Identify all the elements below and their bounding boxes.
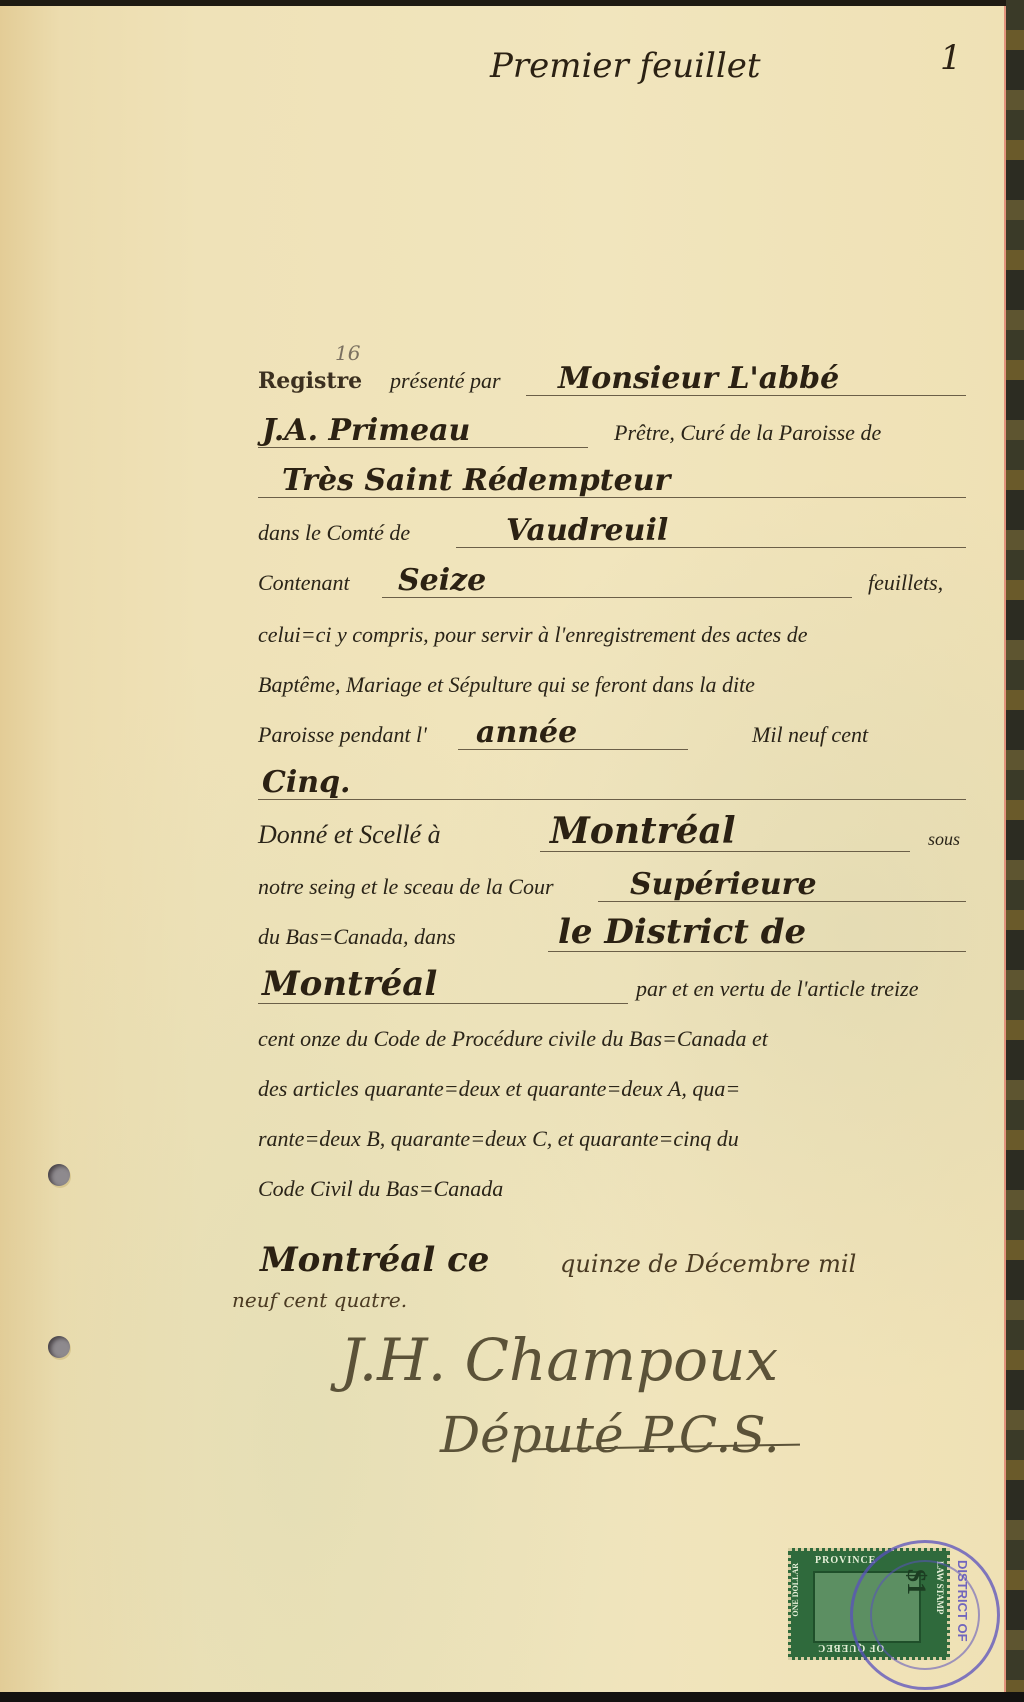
form-line-district-name: Montréal par et en vertu de l'article tr…: [258, 964, 968, 1008]
registre-heading: Registre: [258, 368, 362, 394]
printed-text: Baptême, Mariage et Sépulture qui se fer…: [258, 672, 755, 698]
year-value-field: Cinq.: [262, 765, 351, 800]
printed-label: notre seing et le sceau de la Cour: [258, 874, 554, 900]
parish-field: Très Saint Rédempteur: [282, 463, 670, 498]
stamp-left-text: ONE DOLLAR: [791, 1563, 800, 1617]
court-field: Supérieure: [630, 867, 817, 902]
priest-name-field: J.A. Primeau: [262, 413, 470, 448]
closing-date-line-2: neuf cent quatre.: [232, 1278, 942, 1318]
printed-text: Code Civil du Bas=Canada: [258, 1176, 503, 1202]
printed-text: des articles quarante=deux et quarante=d…: [258, 1076, 740, 1102]
form-line-leaf-count: Contenant Seize feuillets,: [258, 558, 968, 602]
district-field: le District de: [558, 912, 806, 952]
register-page: Premier feuillet 1 16 Registre présenté …: [0, 6, 1006, 1692]
page-number: 1: [940, 38, 962, 78]
form-line-text: cent onze du Code de Procédure civile du…: [258, 1014, 968, 1058]
presenter-field: Monsieur L'abbé: [558, 361, 839, 396]
year-word-field: année: [476, 715, 577, 750]
punch-hole-icon: [48, 1164, 70, 1186]
signature-name: J.H. Champoux: [340, 1326, 778, 1394]
printed-label: Paroisse pendant l': [258, 722, 427, 748]
form-line-given-at: Donné et Scellé à Montréal sous: [258, 812, 968, 856]
page-header-title: Premier feuillet: [490, 46, 761, 86]
printed-label: sous: [928, 829, 960, 850]
closing-place: Montréal ce: [260, 1240, 489, 1280]
form-line-parish: Très Saint Rédempteur: [258, 458, 968, 502]
printed-label: par et en vertu de l'article treize: [636, 976, 918, 1002]
form-line-court: notre seing et le sceau de la Cour Supér…: [258, 862, 968, 906]
form-line-text: Code Civil du Bas=Canada: [258, 1164, 968, 1208]
form-line-text: des articles quarante=deux et quarante=d…: [258, 1064, 968, 1108]
cancellation-text: DISTRICT OF: [955, 1560, 970, 1642]
fill-rule: [258, 799, 966, 800]
printed-label: Prêtre, Curé de la Paroisse de: [614, 420, 881, 446]
form-line-presented-by: Registre présenté par Monsieur L'abbé: [258, 356, 968, 400]
printed-label: feuillets,: [868, 570, 943, 596]
printed-text: rante=deux B, quarante=deux C, et quaran…: [258, 1126, 739, 1152]
printed-text: cent onze du Code de Procédure civile du…: [258, 1026, 768, 1052]
signature-title: Député P.C.S.: [440, 1406, 780, 1464]
stamp-top-text: PROVINCE: [815, 1555, 876, 1566]
printed-label: présenté par: [390, 368, 501, 394]
form-line-text: Baptême, Mariage et Sépulture qui se fer…: [258, 660, 968, 704]
county-field: Vaudreuil: [506, 513, 668, 548]
district-name-field: Montréal: [262, 964, 437, 1004]
form-line-text: celui=ci y compris, pour servir à l'enre…: [258, 610, 968, 654]
printed-text: celui=ci y compris, pour servir à l'enre…: [258, 622, 807, 648]
printed-label: Mil neuf cent: [752, 722, 868, 748]
given-at-field: Montréal: [550, 810, 736, 852]
printed-label: Contenant: [258, 570, 350, 596]
bottom-edge: [0, 1692, 1024, 1702]
closing-year: neuf cent quatre.: [232, 1288, 407, 1312]
form-line-priest: J.A. Primeau Prêtre, Curé de la Paroisse…: [258, 408, 968, 452]
form-line-year: Paroisse pendant l' année Mil neuf cent: [258, 710, 968, 754]
form-line-year-value: Cinq.: [258, 760, 968, 804]
printed-label: du Bas=Canada, dans: [258, 924, 456, 950]
form-line-text: rante=deux B, quarante=deux C, et quaran…: [258, 1114, 968, 1158]
printed-label: dans le Comté de: [258, 520, 410, 546]
punch-hole-icon: [48, 1336, 70, 1358]
form-line-district: du Bas=Canada, dans le District de: [258, 912, 968, 956]
form-line-county: dans le Comté de Vaudreuil: [258, 508, 968, 552]
closing-date: quinze de Décembre mil: [560, 1250, 856, 1278]
leaf-count-field: Seize: [398, 563, 486, 598]
book-spine: [1006, 0, 1024, 1702]
printed-label: Donné et Scellé à: [258, 820, 441, 850]
